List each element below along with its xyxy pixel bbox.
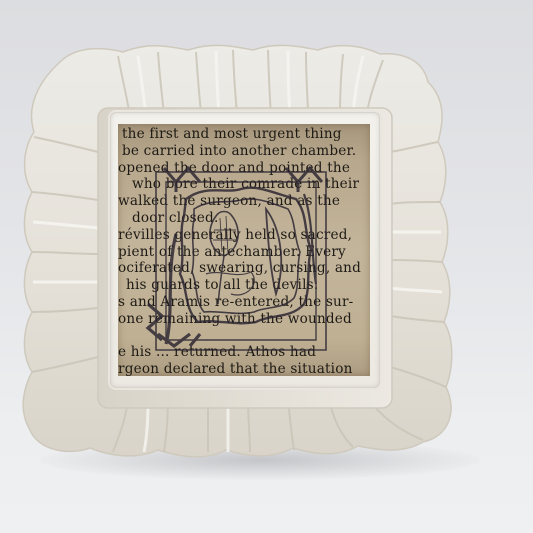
photo-scene: the first and most urgent thing be carri… bbox=[0, 0, 533, 533]
ornamental-stamp-illustration bbox=[136, 154, 346, 364]
framed-book-page-print: the first and most urgent thing be carri… bbox=[118, 124, 370, 376]
text-line: the first and most urgent thing bbox=[122, 126, 370, 143]
